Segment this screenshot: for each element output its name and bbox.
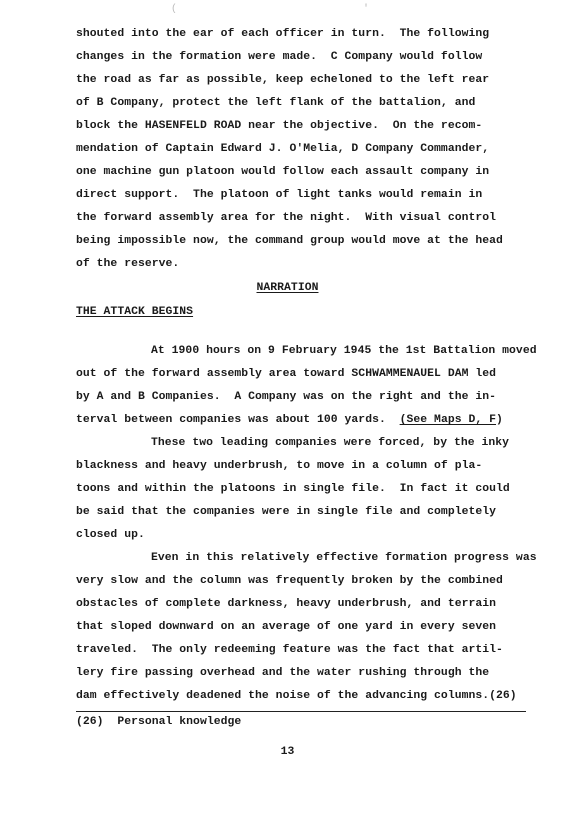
document-page: ( ' shouted into the ear of each officer… xyxy=(0,0,575,814)
text-line: direct support. The platoon of light tan… xyxy=(76,188,482,202)
text-line: be said that the companies were in singl… xyxy=(76,505,496,519)
text-line: shouted into the ear of each officer in … xyxy=(76,27,489,41)
footnote-divider xyxy=(76,711,526,712)
text-span: terval between companies was about 100 y… xyxy=(76,414,400,426)
text-line: dam effectively deadened the noise of th… xyxy=(76,689,517,703)
text-line: of the reserve. xyxy=(76,257,179,271)
text-line: mendation of Captain Edward J. O'Melia, … xyxy=(76,142,489,156)
footnote: (26) Personal knowledge xyxy=(76,715,241,729)
subsection-heading: THE ATTACK BEGINS xyxy=(76,305,193,319)
text-line: the forward assembly area for the night.… xyxy=(76,211,496,225)
text-line: blackness and heavy underbrush, to move … xyxy=(76,459,482,473)
text-line: traveled. The only redeeming feature was… xyxy=(76,643,503,657)
page-number: 13 xyxy=(0,745,575,759)
text-line: These two leading companies were forced,… xyxy=(151,436,509,450)
text-span: ) xyxy=(496,414,503,426)
section-heading-text: NARRATION xyxy=(257,282,319,294)
text-line: lery fire passing overhead and the water… xyxy=(76,666,489,680)
text-line: toons and within the platoons in single … xyxy=(76,482,510,496)
text-line: one machine gun platoon would follow eac… xyxy=(76,165,489,179)
text-line: Even in this relatively effective format… xyxy=(151,551,537,565)
text-line: out of the forward assembly area toward … xyxy=(76,367,496,381)
stray-mark: ( xyxy=(171,4,177,15)
map-reference-link[interactable]: (See Maps D, F xyxy=(400,414,496,426)
text-line: that sloped downward on an average of on… xyxy=(76,620,496,634)
stray-mark: ' xyxy=(363,4,369,15)
subsection-heading-text: THE ATTACK BEGINS xyxy=(76,306,193,318)
text-line: very slow and the column was frequently … xyxy=(76,574,503,588)
text-line: the road as far as possible, keep echelo… xyxy=(76,73,489,87)
text-line: At 1900 hours on 9 February 1945 the 1st… xyxy=(151,344,537,358)
text-line: block the HASENFELD ROAD near the object… xyxy=(76,119,482,133)
text-line: terval between companies was about 100 y… xyxy=(76,413,503,427)
text-line: being impossible now, the command group … xyxy=(76,234,503,248)
text-line: closed up. xyxy=(76,528,145,542)
text-line: by A and B Companies. A Company was on t… xyxy=(76,390,496,404)
text-line: obstacles of complete darkness, heavy un… xyxy=(76,597,496,611)
text-line: changes in the formation were made. C Co… xyxy=(76,50,482,64)
section-heading: NARRATION xyxy=(0,281,575,295)
text-line: of B Company, protect the left flank of … xyxy=(76,96,475,110)
